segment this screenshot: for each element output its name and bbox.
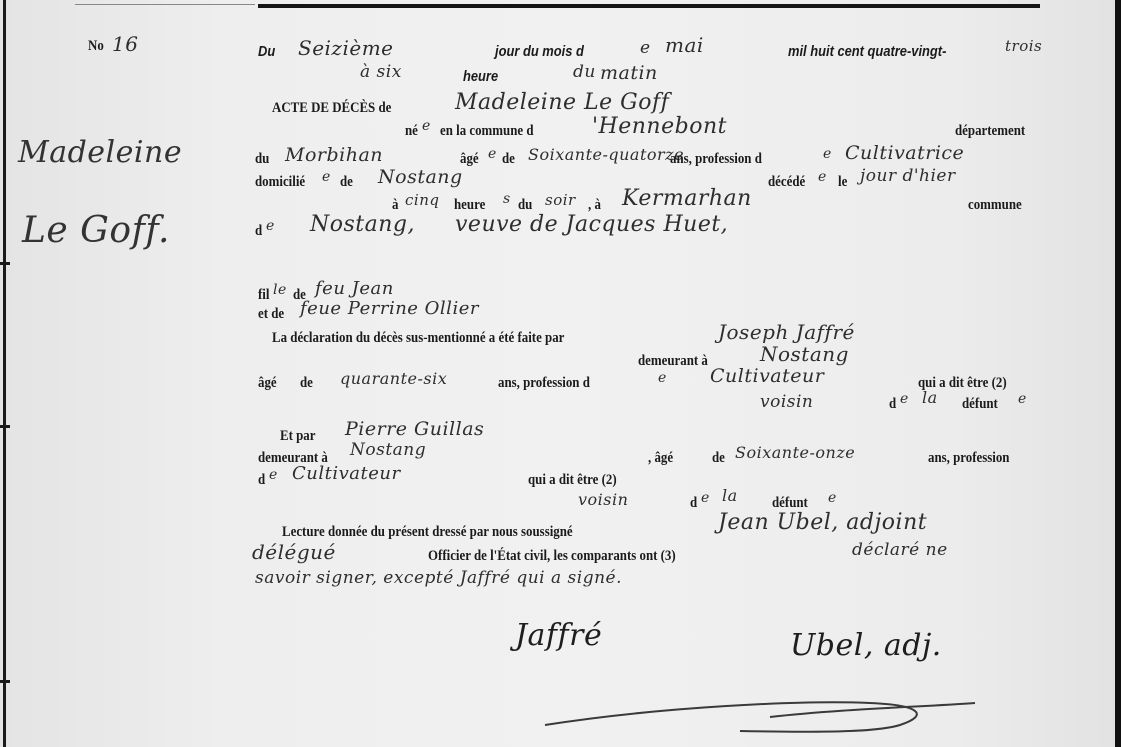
death-place: Kermarhan [622,186,752,211]
margin-tick [0,262,10,265]
age-de-label: de [502,151,515,168]
declarant2-age: Soixante-onze [735,443,855,462]
age-de-label: de [300,375,313,392]
month-value: mai [665,33,704,57]
acte-label: ACTE DE DÉCÈS de [272,100,391,117]
father-value: feu Jean [315,278,394,299]
age-de-label: de [712,450,725,467]
period-value: matin [600,62,658,84]
departement-label: département [955,123,1025,140]
declarant1-profession: Cultivateur [710,365,824,387]
du-hand: du [573,62,596,82]
departement-value: Morbihan [285,144,383,166]
age-label: âgé [258,375,277,392]
de-suffix: e [269,467,278,483]
signature-flourish-icon [540,695,980,735]
hour-value: à six [360,62,402,82]
deceased-name: Madeleine Le Goff [455,90,669,115]
du-label: du [255,151,269,168]
age-label: , âgé [648,450,673,467]
margin-tick [0,425,10,428]
declarant2-residence: Nostang [350,440,426,460]
declarant2-name: Pierre Guillas [345,418,484,440]
heure-label: heure [463,68,498,85]
margin-first-name: Madeleine [18,135,182,170]
declarant2-relation: voisin [578,490,628,509]
profession-value: Cultivatrice [845,142,964,164]
declarant1-residence: Nostang [760,342,849,366]
top-rule [258,4,1040,8]
de-label: d [255,223,262,240]
left-margin-rule [3,0,6,747]
d-label: d [690,495,697,512]
ans-profession-label: ans, profession d [670,151,762,168]
la-hand: la [722,486,738,505]
le-label: le [838,174,847,191]
de-label: d [258,472,265,489]
domicile-value: Nostang [378,166,463,188]
declarant1-relation: voisin [760,392,813,412]
domicile-label: domicilié [255,174,305,191]
delegue-value: délégué [252,540,336,564]
defunt-suffix: e [828,490,837,506]
du-label: Du [258,43,275,60]
fils-label: fil [258,287,269,304]
et-de-label: et de [258,306,284,323]
death-hour: cinq [405,191,439,209]
defunt-label: défunt [962,396,998,413]
qui-a-dit-label: qui a dit être (2) [528,472,617,489]
officier-label: Officier de l'État civil, les comparants… [428,548,676,565]
nee-label: né [405,123,418,140]
declarant1-name: Joseph Jaffré [718,320,855,344]
act-number: 16 [112,32,138,56]
defunt-suffix: e [1018,391,1027,407]
declarant1-age: quarante-six [340,369,447,388]
age-value: Soixante-quatorze [528,145,684,164]
d-label: d [889,396,896,413]
top-rule-thin [75,4,255,5]
declared-continuation: savoir signer, excepté Jaffré qui a sign… [255,568,622,588]
mother-value: feue Perrine Ollier [300,298,479,319]
margin-last-name: Le Goff. [22,210,170,251]
jour-du-mois-label: jour du mois d [495,43,584,60]
document-page: No 16 Du Seizième jour du mois d e mai m… [0,0,1121,747]
declared-value: déclaré ne [852,540,948,560]
declaration-intro: La déclaration du décès sus-mentionné a … [272,330,564,347]
number-label: No [88,38,104,55]
officer-name: Jean Ubel, adjoint [718,510,927,535]
ans-profession-label: ans, profession d [498,375,590,392]
decede-suffix: e [818,169,827,185]
spouse-value: veuve de Jacques Huet, [455,212,728,237]
declarant2-profession: Cultivateur [292,463,401,484]
commune-label: commune [968,197,1022,214]
death-period: soir [545,191,576,209]
commune-label: en la commune d [440,123,534,140]
la-hand: la [922,388,938,407]
right-page-edge [1115,0,1121,747]
heures-suffix: s [503,191,511,207]
year-hand: trois [1005,37,1042,55]
domicile-de: de [340,174,353,191]
de-suffix: e [266,218,275,234]
death-day: jour d'hier [860,166,956,186]
et-par-label: Et par [280,428,315,445]
death-commune: Nostang, [310,212,415,237]
day-value: Seizième [298,36,394,60]
nee-suffix: e [422,118,431,134]
ans-profession-label: ans, profession [928,450,1009,467]
profession-prefix: e [823,146,832,162]
signature-declarant: Jaffré [515,618,602,653]
year-printed: mil huit cent quatre-vingt- [788,43,946,60]
signature-officer: Ubel, adj. [790,628,942,663]
age-suffix: e [488,146,497,162]
birth-commune: 'Hennebont [592,114,727,139]
d-suffix: e [900,391,909,407]
d-suffix: e [701,490,710,506]
margin-tick [0,680,10,683]
fils-suffix: le [273,282,287,298]
profession-prefix: e [658,370,667,386]
decede-label: décédé [768,174,805,191]
demeurant-label: demeurant à [638,353,708,370]
month-prefix: e [640,38,651,58]
domicile-suffix: e [322,169,331,185]
lecture-label: Lecture donnée du présent dressé par nou… [282,524,573,541]
